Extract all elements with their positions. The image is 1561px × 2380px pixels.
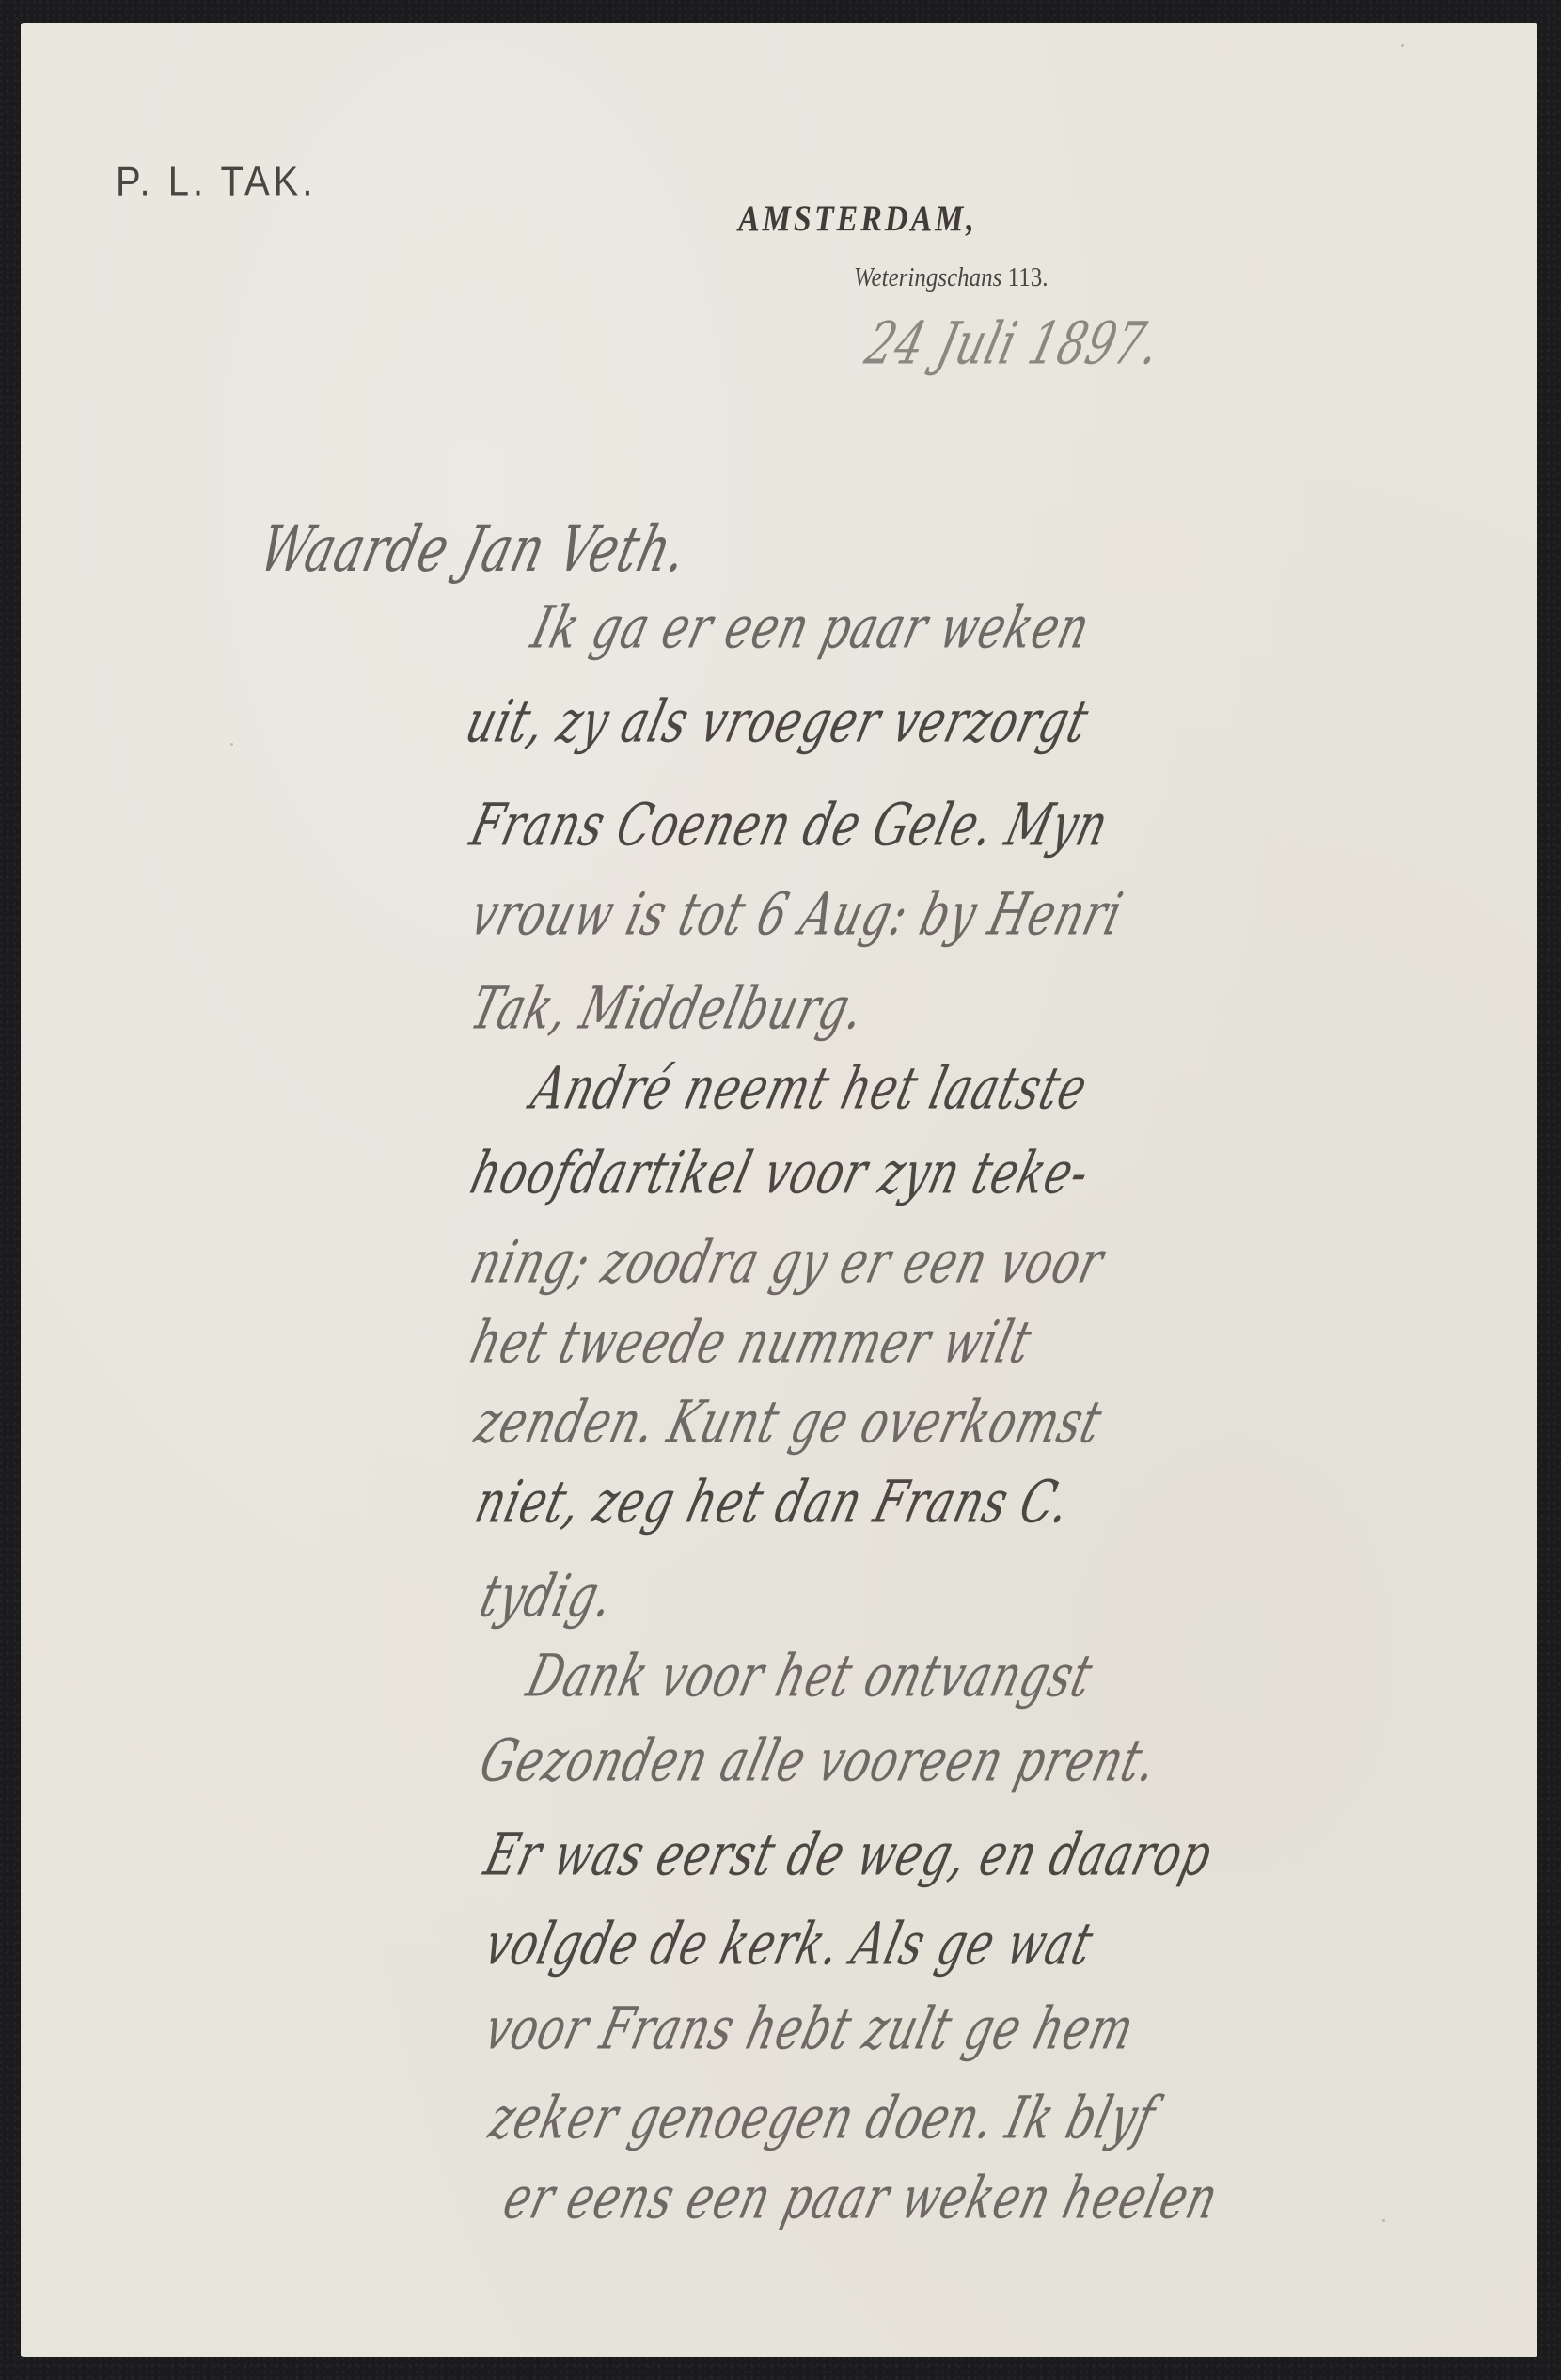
letter-line: Ik ga er een paar weken xyxy=(527,598,1096,656)
letter-line: Dank voor het ontvangst xyxy=(522,1647,1098,1705)
letter-line: André neemt het laatste xyxy=(527,1059,1094,1117)
letterhead-address: Weteringschans 113. xyxy=(854,264,1048,292)
letter-line: zeker genoegen doen. Ik blyf xyxy=(484,2088,1161,2147)
letter-line: Frans Coenen de Gele. Myn xyxy=(465,796,1114,854)
letter-line: vrouw is tot 6 Aug: by Henri xyxy=(465,885,1128,943)
letter-line: Gezonden alle vooreen prent. xyxy=(475,1731,1163,1789)
letter-line: voor Frans hebt zult ge hem xyxy=(480,1999,1140,2057)
handwritten-date: 24 Juli 1897. xyxy=(860,314,1166,372)
letter-line: tydig. xyxy=(475,1567,620,1625)
letter-line: er eens een paar weken heelen xyxy=(498,2168,1224,2227)
letter-line: ning; zoodra gy er een voor xyxy=(465,1233,1110,1291)
letter-line: volgde de kerk. Als ge wat xyxy=(480,1915,1099,1973)
letterhead-sender: P. L. TAK. xyxy=(116,162,316,202)
letterhead-street-name: Weteringschans xyxy=(854,263,1001,292)
paper-speck xyxy=(230,743,233,746)
paper-speck xyxy=(1401,44,1404,47)
letter-line: zenden. Kunt ge overkomst xyxy=(470,1393,1108,1451)
letterhead-street-number: 113. xyxy=(1008,263,1049,292)
paper-speck xyxy=(1382,2219,1385,2222)
letter-line: het tweede nummer wilt xyxy=(465,1313,1038,1371)
salutation: Waarde Jan Veth. xyxy=(254,518,694,582)
letter-line: hoofdartikel voor zyn teke- xyxy=(465,1143,1096,1202)
letter-line: niet, zeg het dan Frans C. xyxy=(470,1473,1077,1531)
letter-line: Er was eerst de weg, en daarop xyxy=(480,1825,1218,1884)
letter-line: Tak, Middelburg. xyxy=(465,979,871,1037)
letter-line: uit, zy als vroeger verzorgt xyxy=(461,692,1095,750)
letterhead-city: AMSTERDAM, xyxy=(738,201,977,238)
